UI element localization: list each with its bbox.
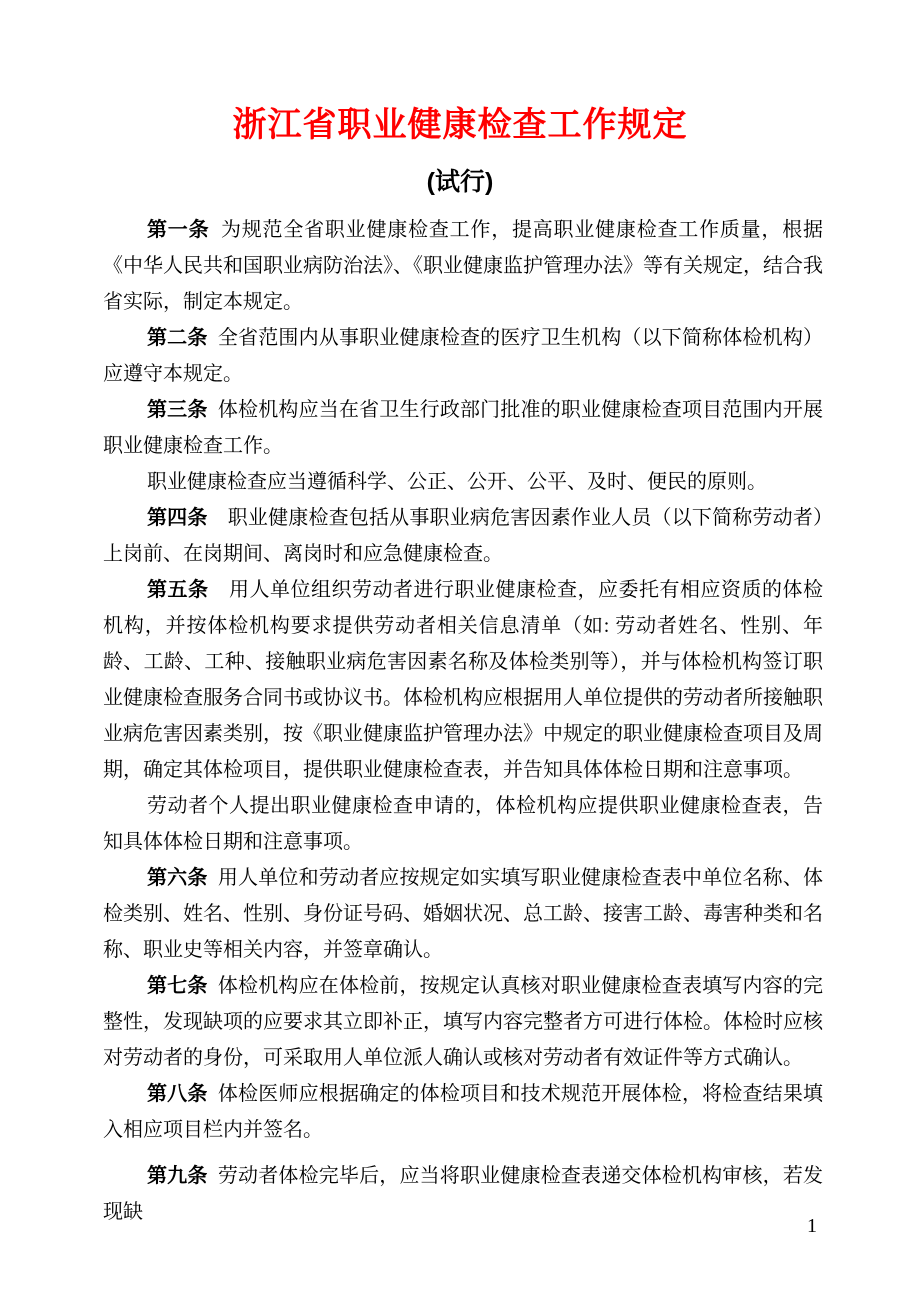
- paragraph: 第四条 职业健康检查包括从事职业病危害因素作业人员（以下简称劳动者）上岗前、在岗…: [103, 500, 823, 572]
- paragraph: 第三条 体检机构应当在省卫生行政部门批准的职业健康检查项目范围内开展职业健康检查…: [103, 392, 823, 464]
- article-number: 第一条: [147, 219, 209, 241]
- paragraph: 第五条 用人单位组织劳动者进行职业健康检查，应委托有相应资质的体检机构，并按体检…: [103, 572, 823, 788]
- paragraph: 第九条 劳动者体检完毕后，应当将职业健康检查表递交体检机构审核，若发现缺: [103, 1158, 823, 1230]
- article-number: 第四条: [147, 507, 208, 529]
- article-number: 第九条: [147, 1165, 208, 1187]
- article-number: 第八条: [147, 1083, 208, 1105]
- paragraph: 劳动者个人提出职业健康检查申请的，体检机构应提供职业健康检查表，告知具体体检日期…: [103, 788, 823, 860]
- paragraph: 第二条 全省范围内从事职业健康检查的医疗卫生机构（以下简称体检机构）应遵守本规定…: [103, 320, 823, 392]
- page-number: 1: [800, 1212, 824, 1240]
- article-number: 第五条: [147, 579, 209, 601]
- article-number: 第二条: [147, 327, 208, 349]
- paragraph: 第八条 体检医师应根据确定的体检项目和技术规范开展体检，将检查结果填入相应项目栏…: [103, 1076, 823, 1148]
- paragraph: 第一条 为规范全省职业健康检查工作，提高职业健康检查工作质量，根据《中华人民共和…: [103, 212, 823, 320]
- paragraph: 职业健康检查应当遵循科学、公正、公开、公平、及时、便民的原则。: [103, 464, 823, 500]
- paragraph: 第六条 用人单位和劳动者应按规定如实填写职业健康检查表中单位名称、体检类别、姓名…: [103, 860, 823, 968]
- article-number: 第七条: [147, 975, 208, 997]
- document-subtitle: (试行): [0, 166, 920, 198]
- document-title: 浙江省职业健康检查工作规定: [0, 0, 920, 148]
- article-number: 第六条: [147, 867, 208, 889]
- document-page: 浙江省职业健康检查工作规定 (试行) 第一条 为规范全省职业健康检查工作，提高职…: [0, 0, 920, 1302]
- paragraph: 第七条 体检机构应在体检前，按规定认真核对职业健康检查表填写内容的完整性，发现缺…: [103, 968, 823, 1076]
- article-number: 第三条: [147, 399, 208, 421]
- document-body: 第一条 为规范全省职业健康检查工作，提高职业健康检查工作质量，根据《中华人民共和…: [103, 212, 823, 1230]
